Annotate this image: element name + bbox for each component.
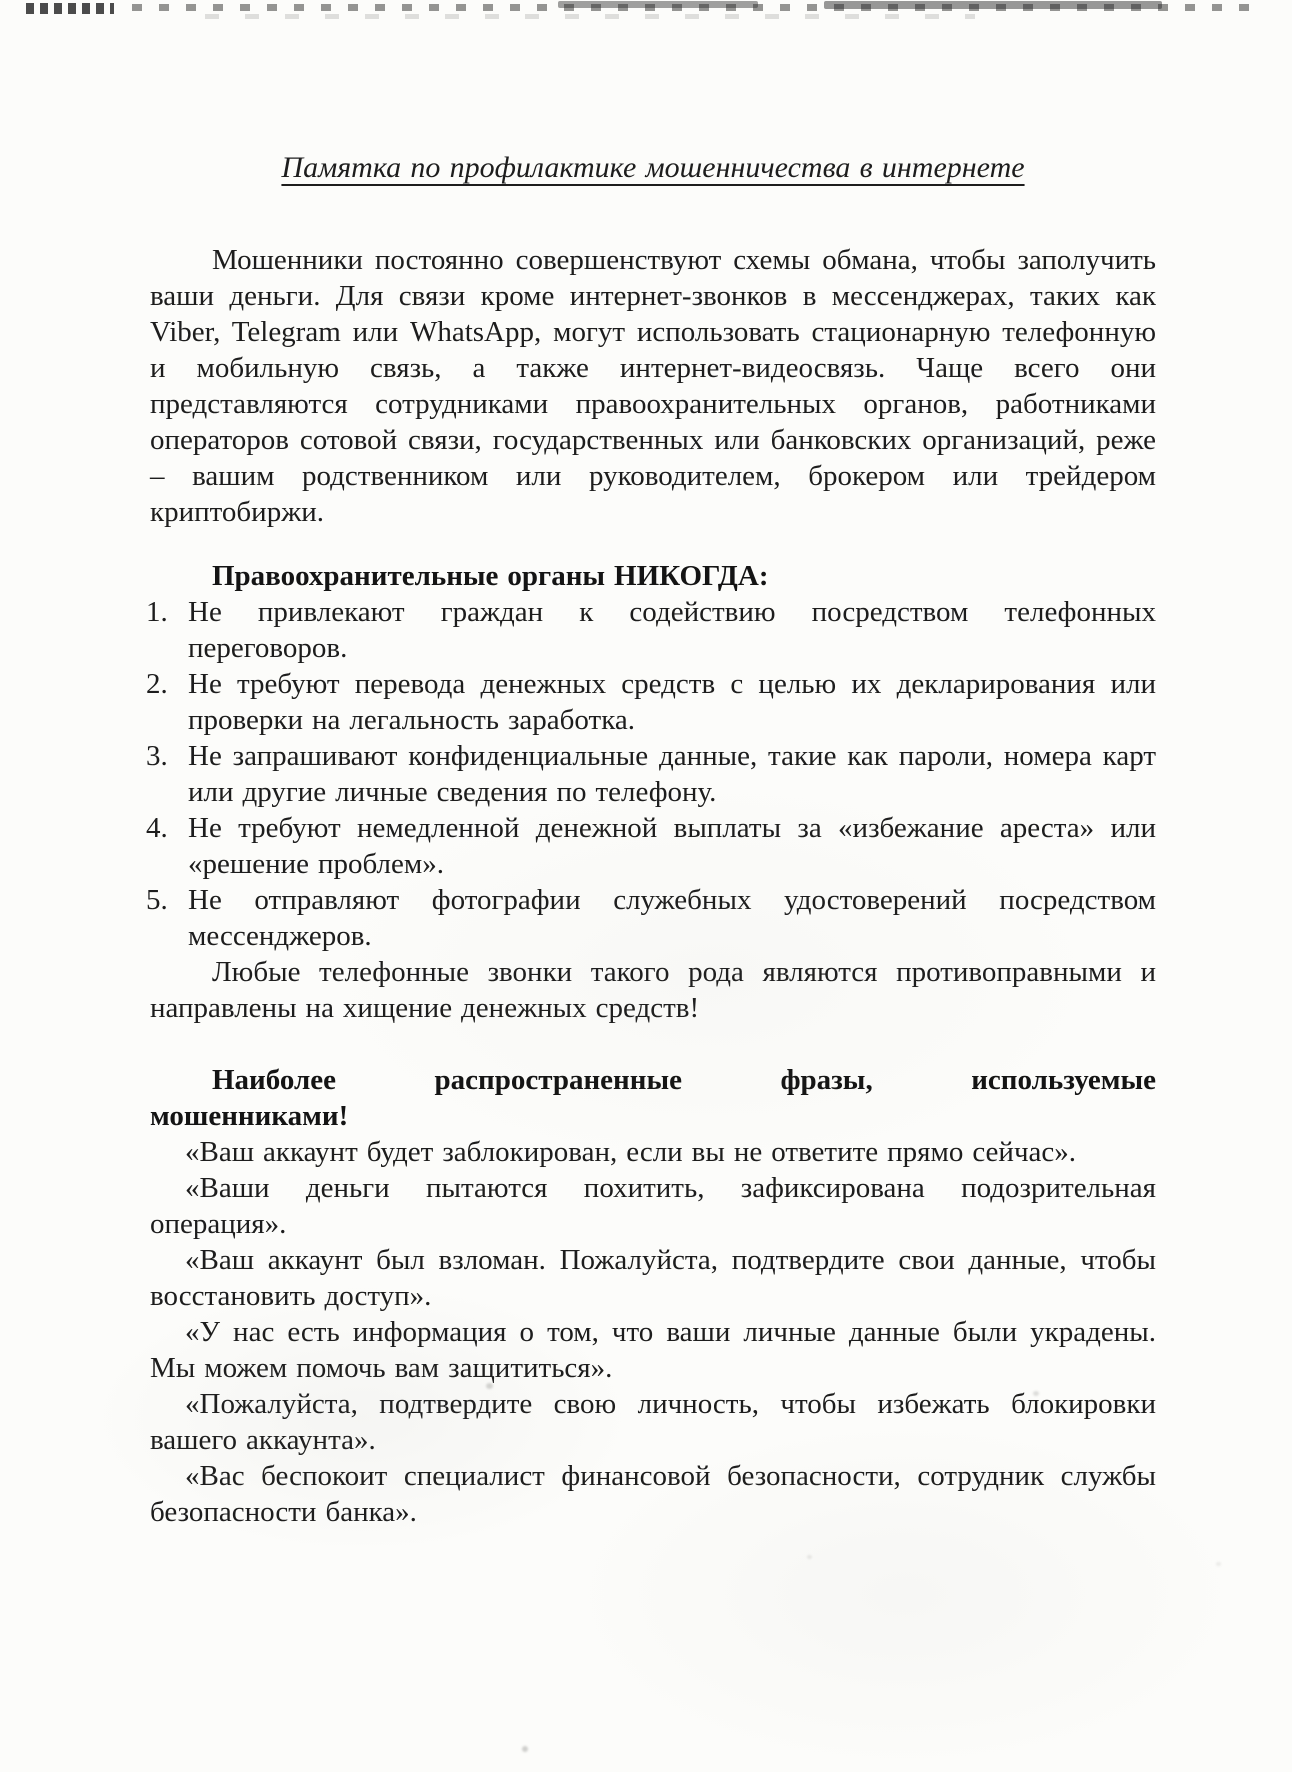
scanned-document-page: Памятка по профилактике мошенничества в … — [0, 0, 1292, 1772]
scan-speck — [1216, 1562, 1221, 1566]
scam-phrase: «У нас есть информация о том, что ваши л… — [150, 1314, 1156, 1386]
section-heading-phrases-line2: мошенниками! — [150, 1098, 1156, 1134]
document-body: Памятка по профилактике мошенничества в … — [150, 150, 1156, 1530]
scam-phrase: «Ваш аккаунт будет заблокирован, если вы… — [150, 1134, 1156, 1170]
section-heading-never: Правоохранительные органы НИКОГДА: — [150, 558, 1156, 594]
scan-artifact-band — [824, 1, 1162, 9]
scan-speck — [522, 1746, 528, 1752]
list-item: 5. Не отправляют фотографии служебных уд… — [150, 882, 1156, 954]
intro-paragraph: Мошенники постоянно совершенствуют схемы… — [150, 242, 1156, 530]
list-item-text: Не требуют немедленной денежной выплаты … — [188, 812, 1156, 880]
scan-speck — [807, 1555, 812, 1559]
list-item-number: 2. — [146, 666, 168, 702]
scan-artifact-dashes — [26, 3, 114, 14]
scam-phrase: «Ваш аккаунт был взломан. Пожалуйста, по… — [150, 1242, 1156, 1314]
list-item-text: Не запрашивают конфиденциальные данные, … — [188, 740, 1156, 808]
list-item: 1. Не привлекают граждан к содействию по… — [150, 594, 1156, 666]
warning-paragraph: Любые телефонные звонки такого рода явля… — [150, 954, 1156, 1026]
list-item-number: 1. — [146, 594, 168, 630]
list-item: 2. Не требуют перевода денежных средств … — [150, 666, 1156, 738]
list-item-number: 4. — [146, 810, 168, 846]
never-list: 1. Не привлекают граждан к содействию по… — [150, 594, 1156, 954]
list-item-text: Не отправляют фотографии служебных удост… — [188, 884, 1156, 952]
list-item: 3. Не запрашивают конфиденциальные данны… — [150, 738, 1156, 810]
list-item-text: Не требуют перевода денежных средств с ц… — [188, 668, 1156, 736]
list-item: 4. Не требуют немедленной денежной выпла… — [150, 810, 1156, 882]
section-heading-phrases: Наиболее распространенные фразы, использ… — [150, 1062, 1156, 1134]
scan-artifact-dashes — [205, 14, 975, 19]
scam-phrase: «Вас беспокоит специалист финансовой без… — [150, 1458, 1156, 1530]
list-item-number: 5. — [146, 882, 168, 918]
scam-phrase: «Ваши деньги пытаются похитить, зафиксир… — [150, 1170, 1156, 1242]
list-item-number: 3. — [146, 738, 168, 774]
scan-artifact-band — [558, 1, 758, 8]
scam-phrase: «Пожалуйста, подтвердите свою личность, … — [150, 1386, 1156, 1458]
document-title: Памятка по профилактике мошенничества в … — [150, 150, 1156, 186]
scan-artifact-dashes — [132, 4, 1262, 11]
list-item-text: Не привлекают граждан к содействию посре… — [188, 596, 1156, 664]
section-heading-phrases-line1: Наиболее распространенные фразы, использ… — [150, 1062, 1156, 1098]
